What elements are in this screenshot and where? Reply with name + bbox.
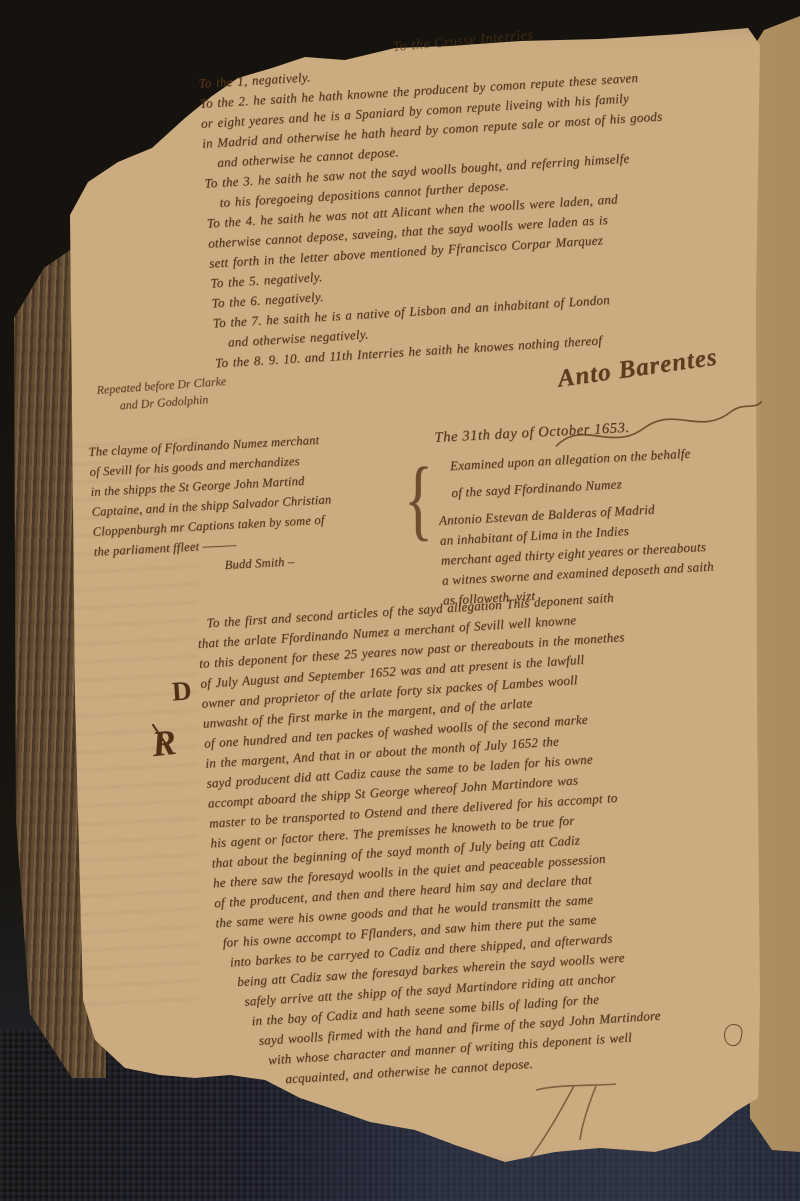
cross-answers: To the 1, negatively.To the 2. he saith … <box>198 39 800 373</box>
margin-claim-note: The clayme of Ffordinando Numez merchant… <box>88 424 440 582</box>
manuscript-photo: To the Crosse Interries To the 1, negati… <box>0 0 800 1201</box>
notary-paraph-icon <box>478 1082 668 1162</box>
merchant-mark-first: D <box>171 675 193 707</box>
merchant-mark-second: R <box>150 721 178 765</box>
deposition-body: To the first and second articles of the … <box>196 577 800 1093</box>
examination-note: Examined upon an allegation on the behal… <box>436 439 790 504</box>
margin-brace: { <box>404 446 433 551</box>
